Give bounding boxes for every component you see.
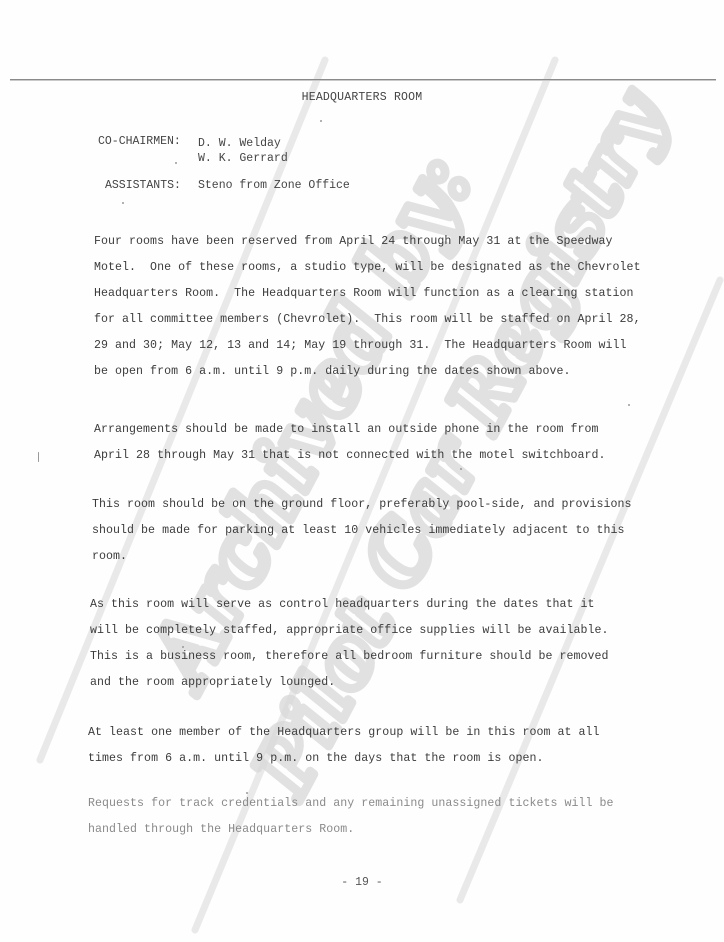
text-line: At least one member of the Headquarters … xyxy=(88,720,648,746)
scan-speck xyxy=(122,202,124,204)
co-chairmen-label: CO-CHAIRMEN: xyxy=(98,134,181,149)
scan-speck xyxy=(246,792,248,794)
text-line: April 28 through May 31 that is not conn… xyxy=(94,443,654,469)
co-chairman-name: D. W. Welday xyxy=(198,136,281,151)
text-line: times from 6 a.m. until 9 p.m. on the da… xyxy=(88,746,648,772)
page-title: HEADQUARTERS ROOM xyxy=(0,91,724,104)
text-line: This room should be on the ground floor,… xyxy=(92,492,652,518)
title-text: HEADQUARTERS ROOM xyxy=(302,91,423,104)
scan-speck xyxy=(38,452,39,462)
text-line: for all committee members (Chevrolet). T… xyxy=(94,307,654,333)
paragraph-reservation: Four rooms have been reserved from April… xyxy=(94,229,654,385)
scan-speck xyxy=(175,162,177,164)
page-number: - 19 - xyxy=(0,876,724,889)
paragraph-credentials: Requests for track credentials and any r… xyxy=(88,791,648,843)
text-line: and the room appropriately lounged. xyxy=(90,670,650,696)
scan-speck xyxy=(628,404,630,406)
text-line: will be completely staffed, appropriate … xyxy=(90,618,650,644)
paragraph-phone: Arrangements should be made to install a… xyxy=(94,417,654,469)
scan-speck xyxy=(320,120,322,122)
assistants-value: Steno from Zone Office xyxy=(198,178,350,193)
text-line: Requests for track credentials and any r… xyxy=(88,791,648,817)
top-rule xyxy=(10,79,716,80)
scan-speck xyxy=(460,468,462,470)
text-line: As this room will serve as control headq… xyxy=(90,592,650,618)
co-chairman-name: W. K. Gerrard xyxy=(198,151,288,166)
text-line: 29 and 30; May 12, 13 and 14; May 19 thr… xyxy=(94,333,654,359)
text-line: room. xyxy=(92,544,652,570)
text-line: Motel. One of these rooms, a studio type… xyxy=(94,255,654,281)
text-line: handled through the Headquarters Room. xyxy=(88,817,648,843)
paragraph-location: This room should be on the ground floor,… xyxy=(92,492,652,570)
text-line: should be made for parking at least 10 v… xyxy=(92,518,652,544)
paragraph-supplies: As this room will serve as control headq… xyxy=(90,592,650,696)
text-line: Headquarters Room. The Headquarters Room… xyxy=(94,281,654,307)
text-line: This is a business room, therefore all b… xyxy=(90,644,650,670)
text-line: Arrangements should be made to install a… xyxy=(94,417,654,443)
assistants-label: ASSISTANTS: xyxy=(105,178,181,193)
scan-speck xyxy=(182,646,184,648)
document-page: Archived by: Pilot Car Registry HEADQUAR… xyxy=(0,0,724,942)
text-line: Four rooms have been reserved from April… xyxy=(94,229,654,255)
page-number-text: - 19 - xyxy=(341,876,382,889)
paragraph-staffing: At least one member of the Headquarters … xyxy=(88,720,648,772)
text-line: be open from 6 a.m. until 9 p.m. daily d… xyxy=(94,359,654,385)
